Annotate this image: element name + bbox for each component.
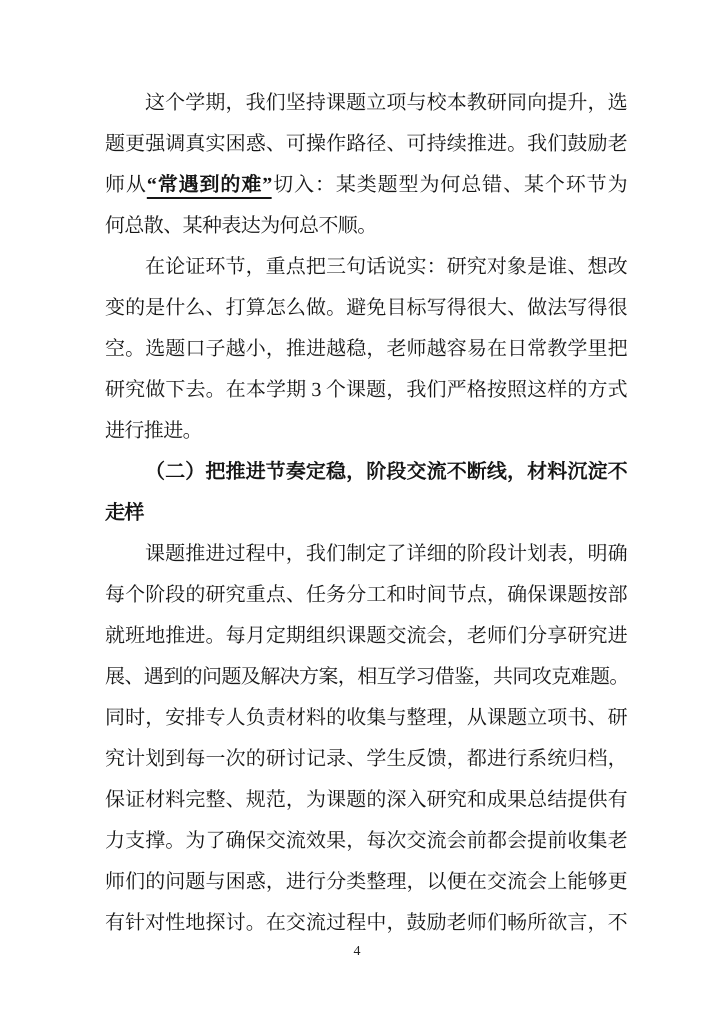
text-segment: 空。选题口子越小，推进越稳，老师越容易在日常教学里把 <box>105 338 627 360</box>
text-segment: 何总散、某种表达为何总不顺。 <box>105 215 377 237</box>
document-page: 这个学期，我们坚持课题立项与校本教研同向提升，选题更强调真实困惑、可操作路径、可… <box>0 0 724 1024</box>
paragraph-3: 课题推进过程中，我们制定了详细的阶段计划表，明确每个阶段的研究重点、任务分工和时… <box>105 534 627 944</box>
text-segment: 同时，安排专人负责材料的收集与整理，从课题立项书、研 <box>105 707 627 729</box>
text-segment: 研究做下去。在本学期 3 个课题，我们严格按照这样的方式 <box>105 379 627 401</box>
text-line: 在论证环节，重点把三句话说实：研究对象是谁、想改 <box>105 247 627 288</box>
text-line: 师从“常遇到的难”切入：某类题型为何总错、某个环节为 <box>105 165 627 206</box>
text-line: 有针对性地探讨。在交流过程中，鼓励老师们畅所欲言，不 <box>105 903 627 944</box>
text-line: 进行推进。 <box>105 411 627 452</box>
text-line: 究计划到每一次的研讨记录、学生反馈，都进行系统归档， <box>105 739 627 780</box>
text-line: 研究做下去。在本学期 3 个课题，我们严格按照这样的方式 <box>105 370 627 411</box>
text-segment: 进行推进。 <box>105 420 202 442</box>
text-segment: 题更强调真实困惑、可操作路径、可持续推进。我们鼓励老 <box>105 133 627 155</box>
text-line: 课题推进过程中，我们制定了详细的阶段计划表，明确 <box>105 534 627 575</box>
text-segment: 就班地推进。每月定期组织课题交流会，老师们分享研究进 <box>105 625 627 647</box>
text-segment: 每个阶段的研究重点、任务分工和时间节点，确保课题按部 <box>105 584 627 606</box>
text-line: 这个学期，我们坚持课题立项与校本教研同向提升，选 <box>105 83 627 124</box>
text-segment: 在论证环节，重点把三句话说实：研究对象是谁、想改 <box>145 256 627 278</box>
text-segment: 师从 <box>105 174 147 196</box>
text-segment: 师们的问题与困惑，进行分类整理，以便在交流会上能够更 <box>105 871 627 893</box>
text-line: 师们的问题与困惑，进行分类整理，以便在交流会上能够更 <box>105 862 627 903</box>
text-line: 何总散、某种表达为何总不顺。 <box>105 206 627 247</box>
document-body: 这个学期，我们坚持课题立项与校本教研同向提升，选题更强调真实困惑、可操作路径、可… <box>105 83 627 944</box>
text-line: 力支撑。为了确保交流效果，每次交流会前都会提前收集老 <box>105 821 627 862</box>
text-segment: 这个学期，我们坚持课题立项与校本教研同向提升，选 <box>145 92 627 114</box>
text-line: 题更强调真实困惑、可操作路径、可持续推进。我们鼓励老 <box>105 124 627 165</box>
section-heading-2: （二）把推进节奏定稳，阶段交流不断线，材料沉淀不走样 <box>105 452 627 534</box>
text-segment: 力支撑。为了确保交流效果，每次交流会前都会提前收集老 <box>105 830 627 852</box>
text-segment: 保证材料完整、规范，为课题的深入研究和成果总结提供有 <box>105 789 627 811</box>
text-segment: 展、遇到的问题及解决方案，相互学习借鉴，共同攻克难题。 <box>105 666 629 688</box>
text-line: 保证材料完整、规范，为课题的深入研究和成果总结提供有 <box>105 780 627 821</box>
text-line: 展、遇到的问题及解决方案，相互学习借鉴，共同攻克难题。 <box>105 657 627 698</box>
text-line: 每个阶段的研究重点、任务分工和时间节点，确保课题按部 <box>105 575 627 616</box>
paragraph-2: 在论证环节，重点把三句话说实：研究对象是谁、想改变的是什么、打算怎么做。避免目标… <box>105 247 627 452</box>
text-line: 变的是什么、打算怎么做。避免目标写得很大、做法写得很 <box>105 288 627 329</box>
text-segment: 有针对性地探讨。在交流过程中，鼓励老师们畅所欲言，不 <box>105 912 627 934</box>
text-line: 空。选题口子越小，推进越稳，老师越容易在日常教学里把 <box>105 329 627 370</box>
text-segment: 究计划到每一次的研讨记录、学生反馈，都进行系统归档， <box>105 748 627 770</box>
emphasized-phrase: “常遇到的难” <box>147 174 272 196</box>
text-line: 走样 <box>105 493 627 534</box>
text-segment: 变的是什么、打算怎么做。避免目标写得很大、做法写得很 <box>105 297 627 319</box>
text-segment: 课题推进过程中，我们制定了详细的阶段计划表，明确 <box>145 543 627 565</box>
page-number: 4 <box>0 942 714 962</box>
text-segment: 切入：某类题型为何总错、某个环节为 <box>272 174 627 196</box>
text-line: （二）把推进节奏定稳，阶段交流不断线，材料沉淀不 <box>105 452 627 493</box>
paragraph-1: 这个学期，我们坚持课题立项与校本教研同向提升，选题更强调真实困惑、可操作路径、可… <box>105 83 627 247</box>
text-line: 就班地推进。每月定期组织课题交流会，老师们分享研究进 <box>105 616 627 657</box>
text-segment: （二）把推进节奏定稳，阶段交流不断线，材料沉淀不 <box>145 461 627 483</box>
text-line: 同时，安排专人负责材料的收集与整理，从课题立项书、研 <box>105 698 627 739</box>
text-segment: 走样 <box>105 502 144 524</box>
